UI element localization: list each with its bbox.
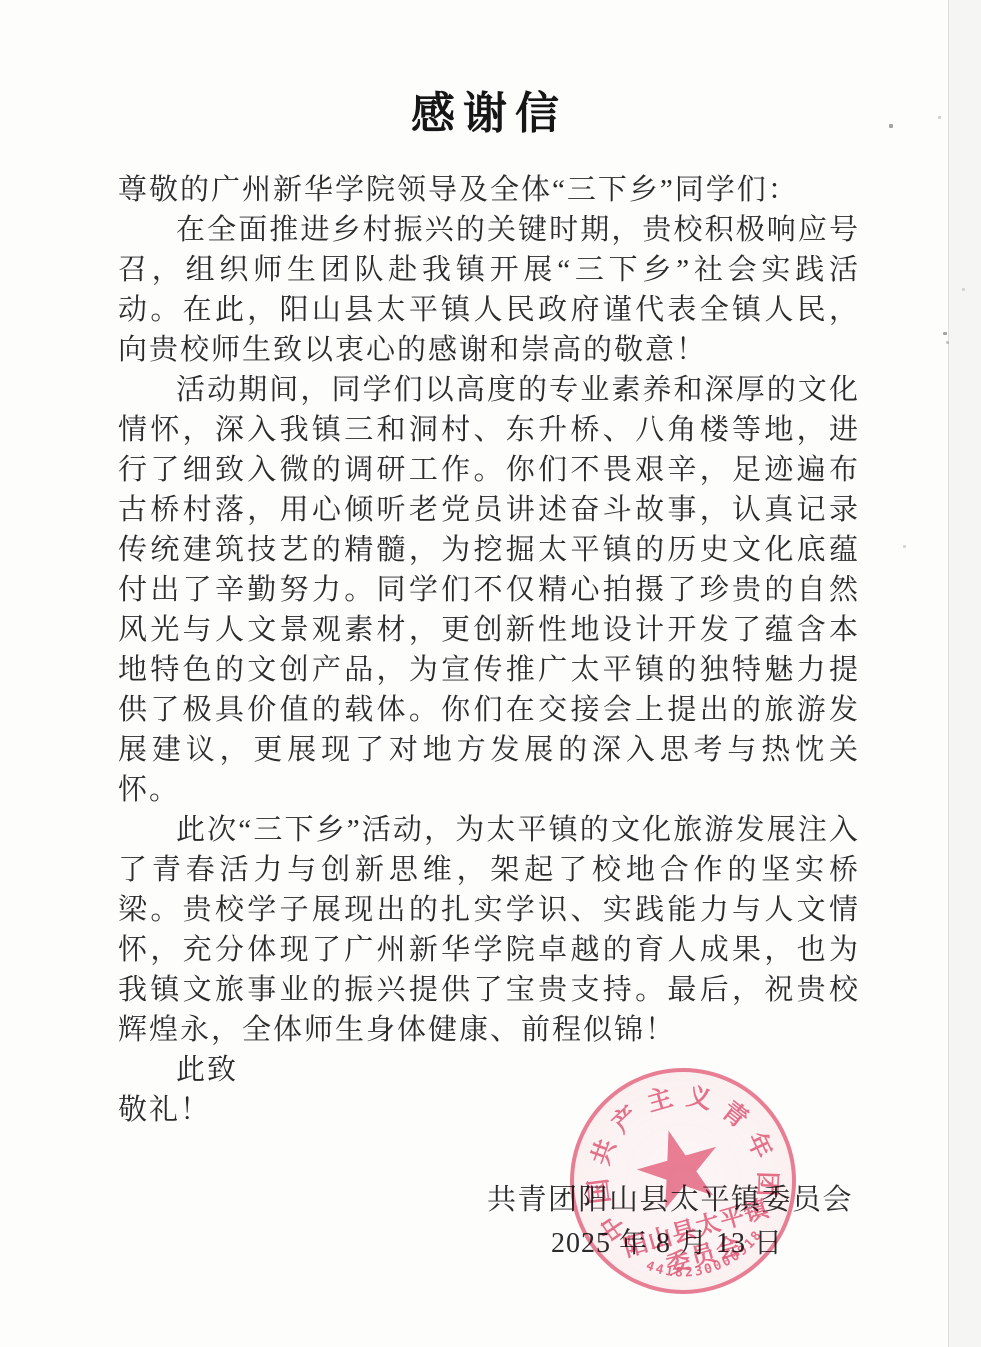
scan-artifact (946, 341, 949, 344)
scan-artifact (889, 124, 893, 128)
scan-artifact (938, 116, 941, 119)
scan-artifact (943, 332, 947, 335)
paragraph: 此次“三下乡”活动，为太平镇的文化旅游发展注入了青春活力与创新思维，架起了校地合… (118, 810, 860, 1050)
letter-body: 感谢信 尊敬的广州新华学院领导及全体“三下乡”同学们： 在全面推进乡村振兴的关键… (118, 0, 860, 1130)
official-seal: 中国共产主义青年团 阳山县太平镇 委员会 4418230000918 (570, 1068, 796, 1294)
scan-edge-strip (948, 0, 981, 1347)
paragraph: 在全面推进乡村振兴的关键时期，贵校积极响应号召，组织师生团队赴我镇开展“三下乡”… (118, 210, 860, 370)
salutation: 尊敬的广州新华学院领导及全体“三下乡”同学们： (118, 170, 860, 210)
letter-title: 感谢信 (118, 0, 860, 146)
scan-artifact (962, 288, 965, 291)
scanned-letter-page: 感谢信 尊敬的广州新华学院领导及全体“三下乡”同学们： 在全面推进乡村振兴的关键… (0, 0, 981, 1347)
seal-circle: 中国共产主义青年团 阳山县太平镇 委员会 4418230000918 (543, 1041, 823, 1321)
paragraph: 活动期间，同学们以高度的专业素养和深厚的文化情怀，深入我镇三和洞村、东升桥、八角… (118, 370, 860, 810)
scan-artifact (903, 545, 906, 548)
